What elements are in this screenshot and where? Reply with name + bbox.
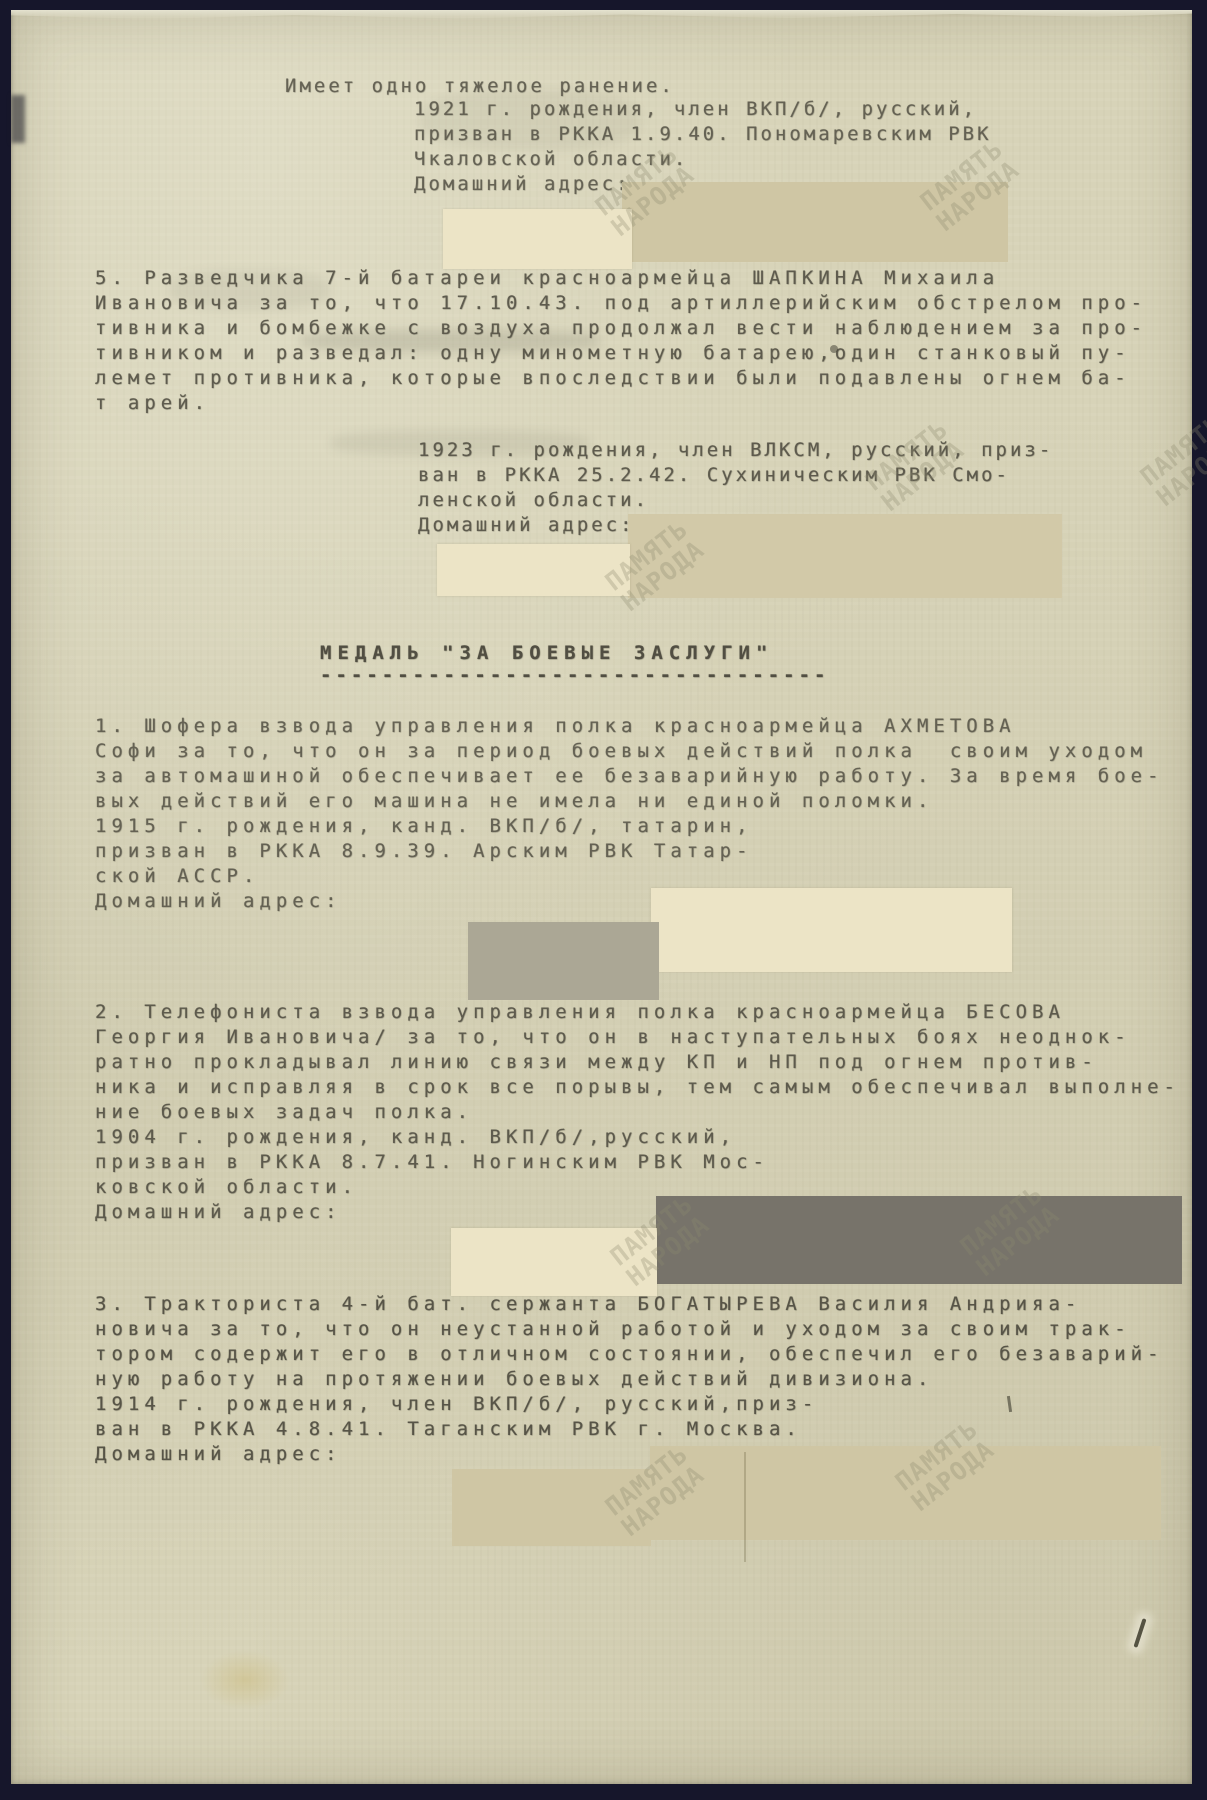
typed-line: 1921 г. рождения, член ВКП/б/, русский, — [414, 97, 992, 122]
typed-line: за автомашиной обеспечивает ее безаварий… — [95, 764, 1164, 789]
heading-underline: --------------------------------- — [320, 664, 830, 686]
typed-line: Имеет одно тяжелое ранение. — [285, 74, 675, 99]
typed-line: Чкаловской области. — [414, 147, 992, 172]
paper-crease — [744, 1452, 746, 1562]
wound-note: Имеет одно тяжелое ранение. — [285, 74, 675, 99]
typed-line: ника и исправляя в срок все порывы, тем … — [95, 1075, 1180, 1100]
entry-3-citation: 3. Тракториста 4-й бат. сержанта БОГАТЫР… — [95, 1292, 1164, 1467]
entry-2-citation: 2. Телефониста взвода управления полка к… — [95, 1000, 1180, 1225]
typed-line: т арей. — [95, 391, 1147, 416]
typed-line: призван в РККА 8.9.39. Арским РВК Татар- — [95, 839, 1164, 864]
typed-line: Георгия Ивановича/ за то, что он в насту… — [95, 1025, 1180, 1050]
typed-line: ской АССР. — [95, 864, 1164, 889]
typed-line: 1923 г. рождения, член ВЛКСМ, русский, п… — [418, 438, 1053, 463]
redaction-block-address — [468, 922, 659, 1000]
typed-line: ную работу на протяжении боевых действий… — [95, 1367, 1164, 1392]
redaction-block-address — [656, 1196, 1182, 1284]
typed-line: вых действий его машина не имела ни един… — [95, 789, 1164, 814]
typed-line: Ивановича за то, что 17.10.43. под артил… — [95, 291, 1147, 316]
redaction-block-address — [650, 1446, 1161, 1540]
typed-line: тором содержит его в отличном состоянии,… — [95, 1342, 1164, 1367]
medal-heading: МЕДАЛЬ "ЗА БОЕВЫЕ ЗАСЛУГИ" — [320, 642, 773, 664]
edge-smudge — [11, 95, 25, 143]
typed-line: призван в РККА 1.9.40. Пономаревским РВК — [414, 122, 992, 147]
typed-line: 1915 г. рождения, канд. ВКП/б/, татарин, — [95, 814, 1164, 839]
typed-line: 1904 г. рождения, канд. ВКП/б/,русский, — [95, 1125, 1180, 1150]
redaction-block-address — [628, 514, 1062, 598]
typed-line: призван в РККА 8.7.41. Ногинским РВК Мос… — [95, 1150, 1180, 1175]
typed-line: ленской области. — [418, 488, 1053, 513]
redaction-block-address — [622, 182, 1008, 262]
typed-line: ван в РККА 4.8.41. Таганским РВК г. Моск… — [95, 1417, 1164, 1442]
typed-line: ратно прокладывал линию связи между КП и… — [95, 1050, 1180, 1075]
typed-line: ван в РККА 25.2.42. Сухиническим РВК Смо… — [418, 463, 1053, 488]
typed-line: лемет противника, которые впоследствии б… — [95, 366, 1147, 391]
redaction-block-address — [451, 1228, 657, 1296]
typed-line: тивником и разведал: одну минометную бат… — [95, 341, 1147, 366]
ink-spot — [830, 345, 838, 353]
typed-line: 5. Разведчика 7-й батареи красноармейца … — [95, 266, 1147, 291]
redaction-block-address — [437, 544, 630, 596]
typed-line: 2. Телефониста взвода управления полка к… — [95, 1000, 1180, 1025]
typed-line: новича за то, что он неустанной работой … — [95, 1317, 1164, 1342]
typed-line: ние боевых задач полка. — [95, 1100, 1180, 1125]
redaction-block-address — [651, 888, 1012, 972]
typed-line: 3. Тракториста 4-й бат. сержанта БОГАТЫР… — [95, 1292, 1164, 1317]
redaction-block-address — [452, 1469, 651, 1546]
typed-line: 1914 г. рождения, член ВКП/б/, русский,п… — [95, 1392, 1164, 1417]
redaction-block-address — [443, 209, 632, 269]
entry-5-citation: 5. Разведчика 7-й батареи красноармейца … — [95, 266, 1147, 416]
typed-line: 1. Шофера взвода управления полка красно… — [95, 714, 1164, 739]
paper-stain — [200, 1650, 290, 1710]
typed-line: Софи за то, что он за период боевых дейс… — [95, 739, 1164, 764]
scanned-document-page: { "page": { "kind": "Scanned typewritten… — [0, 0, 1207, 1800]
typed-line: тивника и бомбежке с воздуха продолжал в… — [95, 316, 1147, 341]
entry-1-citation: 1. Шофера взвода управления полка красно… — [95, 714, 1164, 914]
